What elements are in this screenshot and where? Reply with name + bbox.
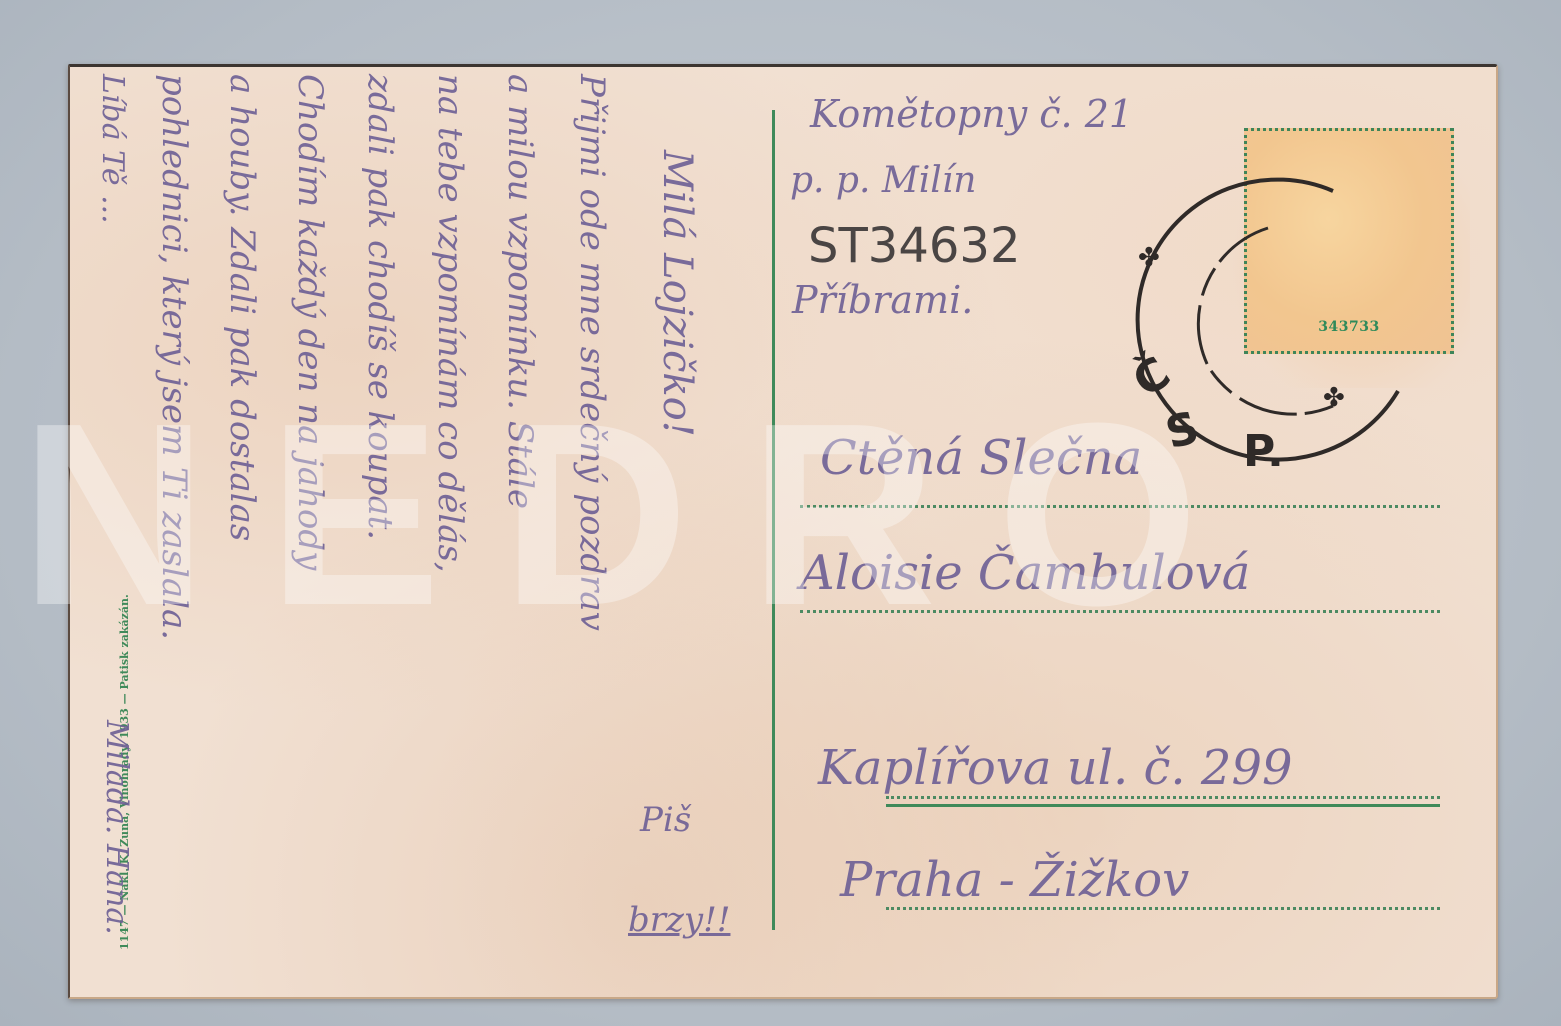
recipient-line: Kaplířova ul. č. 299: [818, 740, 1293, 796]
recipient-line: Ctěná Slečna: [820, 430, 1142, 486]
message-closing-pis: Piš: [640, 800, 691, 840]
pencil-reference-number: ST34632: [808, 218, 1020, 274]
message-line: Chodím každý den na jahody: [290, 74, 330, 570]
message-line: na tebe vzpomínám co dělás,: [430, 74, 470, 573]
message-signature: Milada. Hana.: [99, 720, 134, 935]
message-line: zdali pak chodíš se koupat.: [360, 74, 400, 540]
sender-line: Komětopny č. 21: [810, 92, 1133, 136]
address-underline: [886, 804, 1440, 807]
message-line: a milou vzpomínku. Stále: [500, 74, 540, 509]
address-guide-line: [886, 796, 1440, 799]
address-divider-line: [772, 110, 775, 930]
message-line: Líbá Tě ...: [95, 74, 130, 224]
recipient-line: Praha - Žižkov: [840, 852, 1189, 908]
address-guide-line: [886, 907, 1440, 910]
address-guide-line: [800, 505, 1440, 508]
message-line: a houby. Zdali pak dostalas: [222, 74, 262, 541]
message-line: pohlednici, který jsem Ti zaslala.: [154, 74, 194, 640]
stamp-serial-number: 343733: [1247, 319, 1451, 335]
sender-line: p. p. Milín: [790, 160, 976, 201]
recipient-line: Aloisie Čambulová: [800, 545, 1250, 601]
message-salutation: Milá Lojzičko!: [654, 150, 700, 437]
message-closing-brzy: brzy!!: [628, 900, 730, 940]
message-line: Přijmi ode mne srdečný pozdrav: [572, 74, 612, 631]
address-guide-line: [800, 610, 1440, 613]
postage-stamp-imprint: 343733: [1244, 128, 1454, 354]
sender-line: Příbrami.: [792, 278, 973, 322]
